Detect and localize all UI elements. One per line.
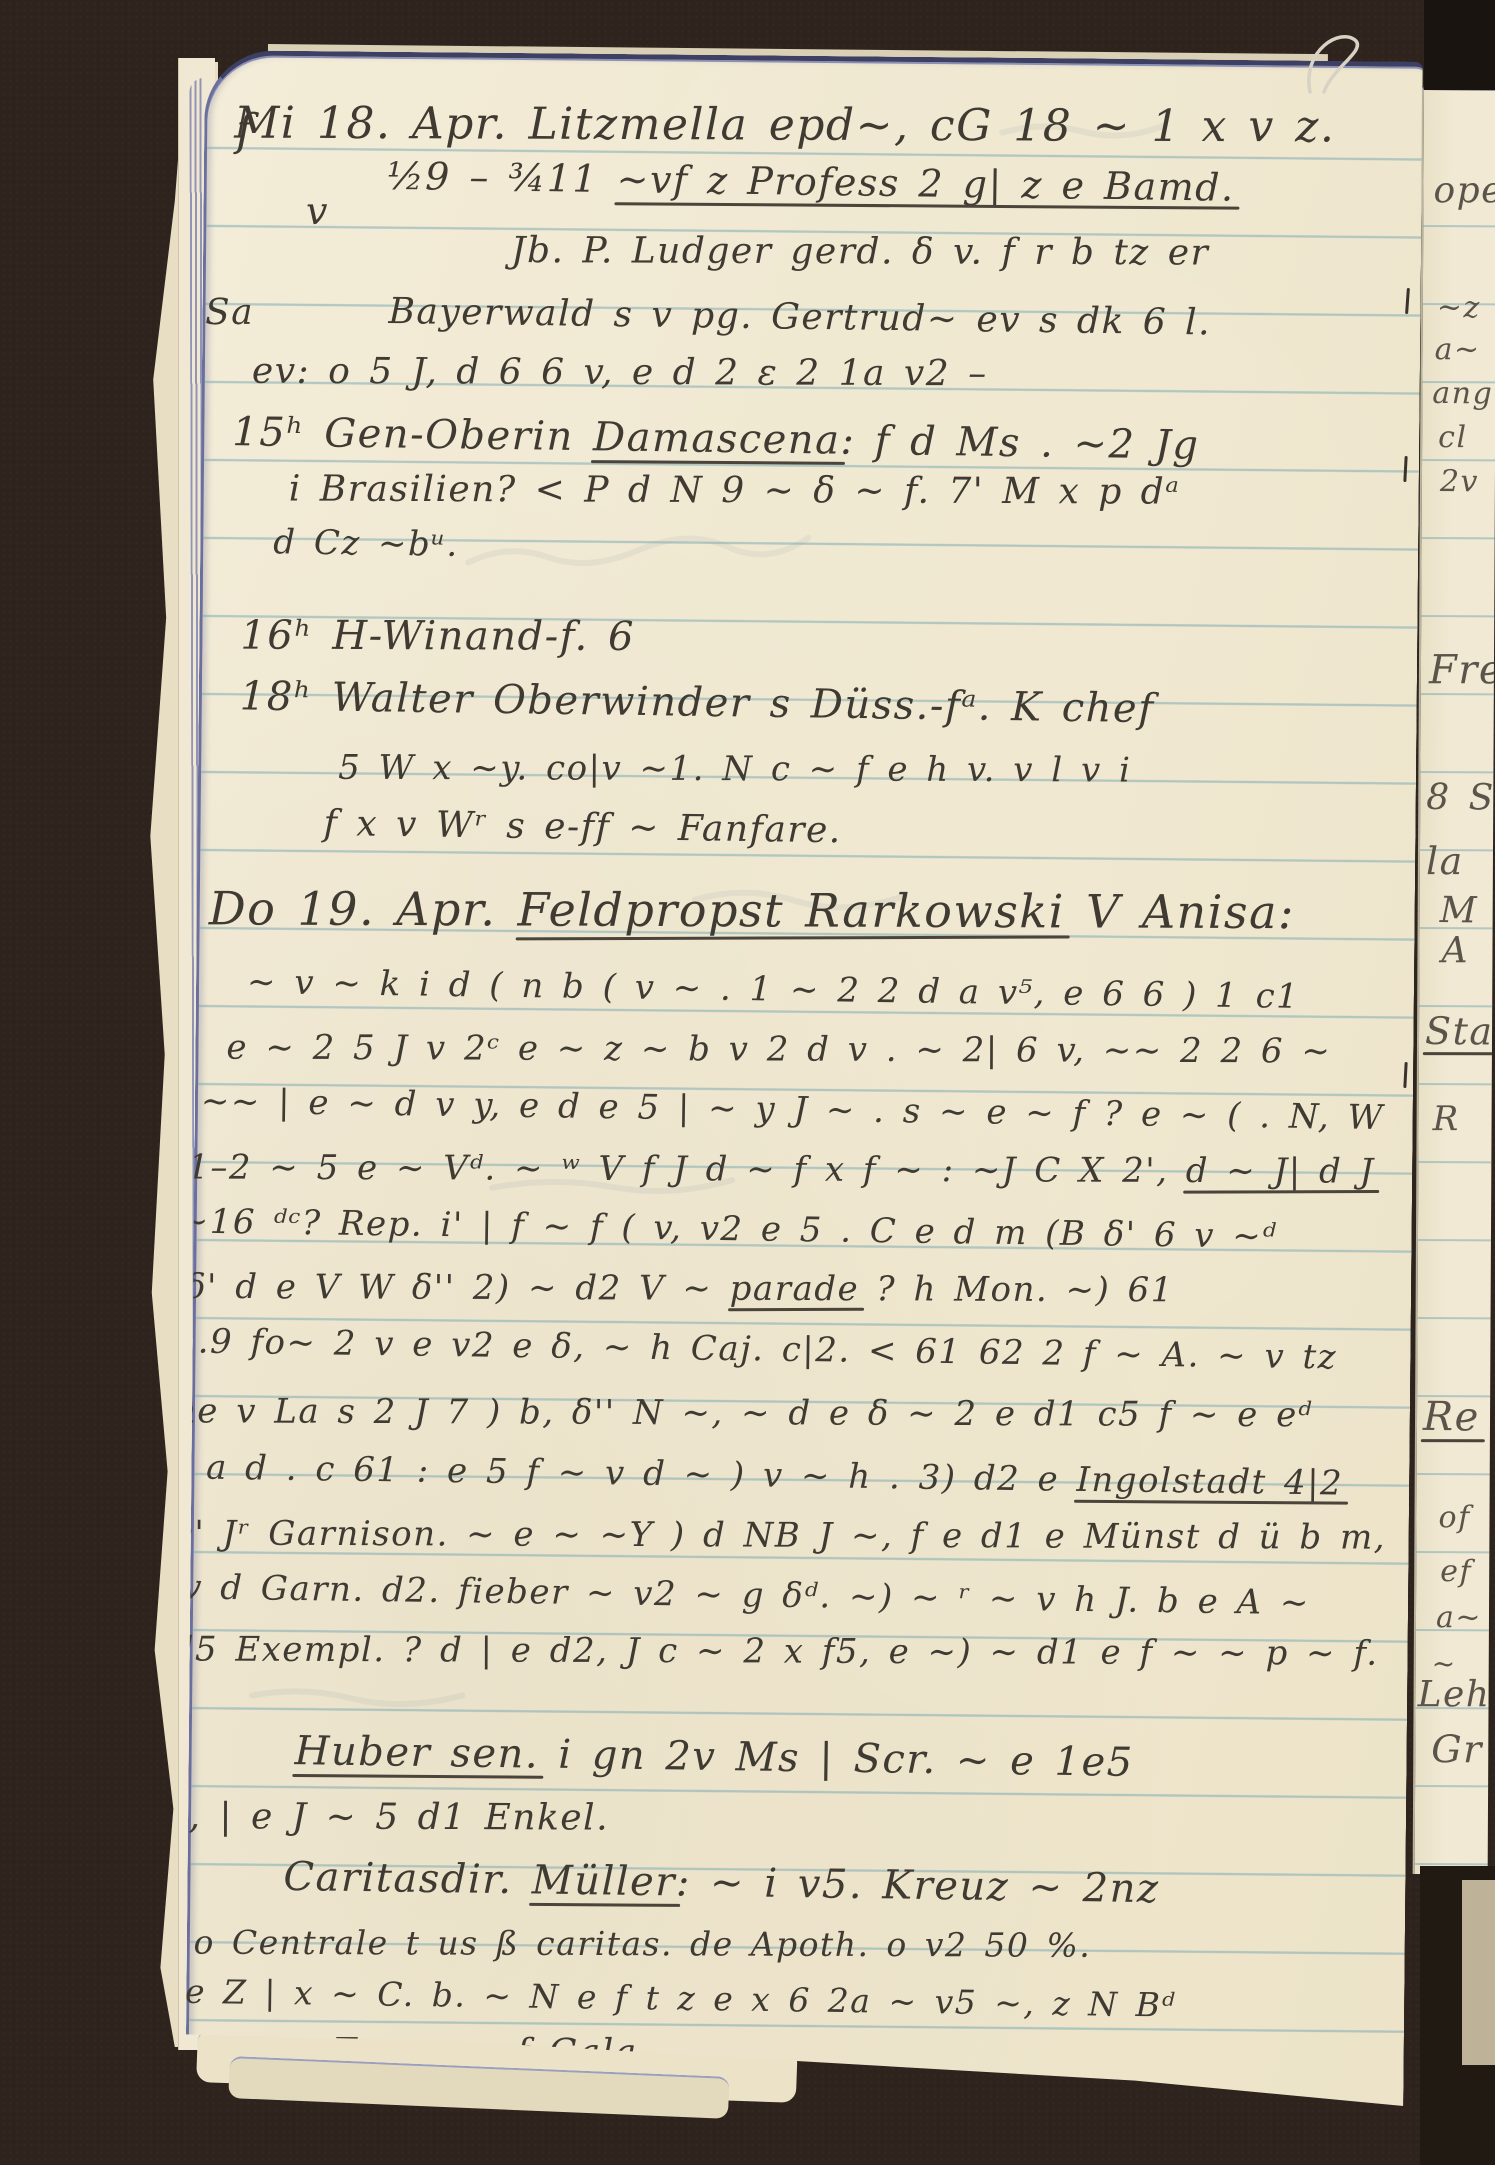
- notebook-photo: Mi 18. Apr. Litzmella epd~, cG 18 ~ 1 x …: [0, 0, 1495, 2165]
- handwritten-line: f: [236, 108, 254, 154]
- text-segment: Sa: [205, 292, 254, 333]
- handwritten-line: Sa: [205, 294, 254, 332]
- text-segment: f: [236, 105, 254, 156]
- handwritten-line: v: [306, 192, 329, 232]
- marginalia-layer: vfSa: [0, 0, 1495, 2165]
- text-segment: v: [306, 189, 329, 233]
- photo-backdrop: { "colors":{ "backdrop":"#2e241d","paper…: [0, 0, 1495, 2165]
